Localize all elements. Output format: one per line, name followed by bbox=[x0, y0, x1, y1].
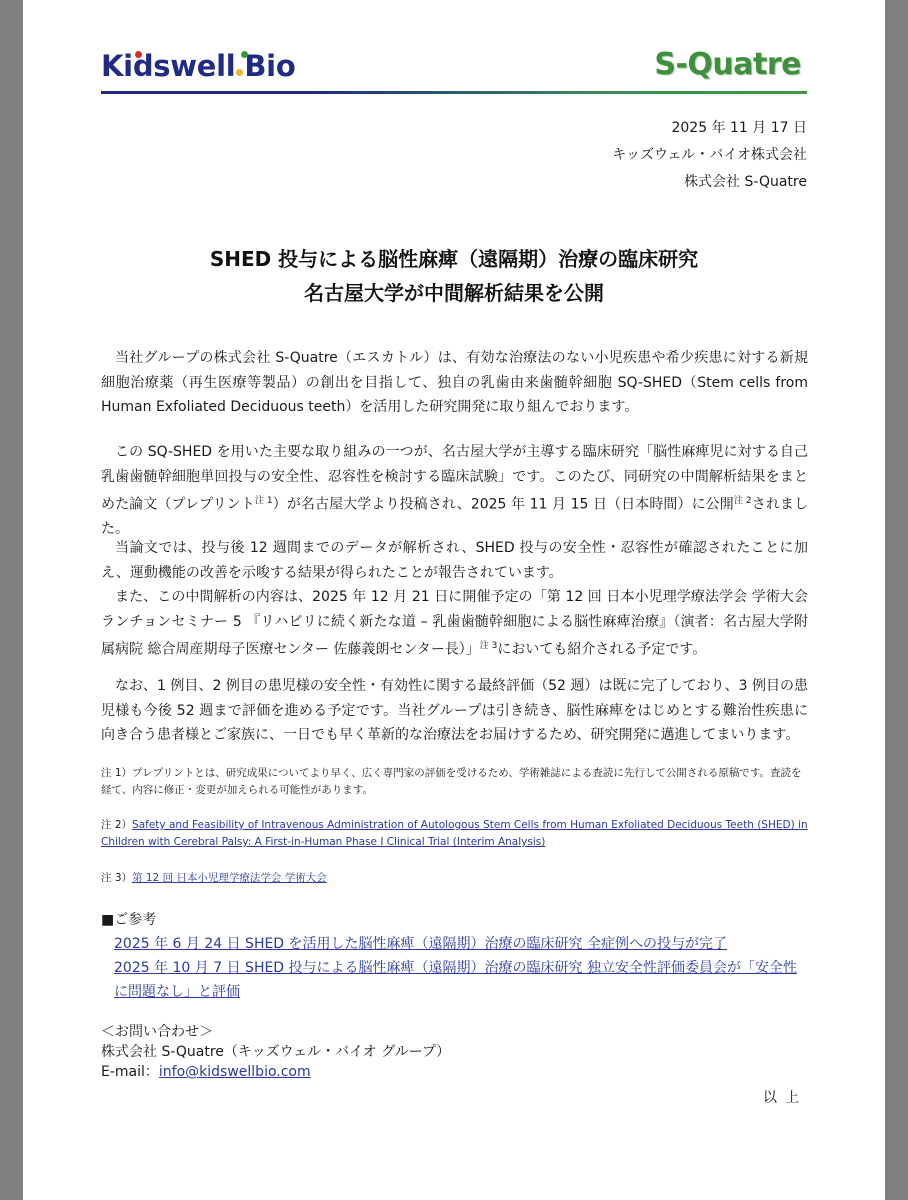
header-divider bbox=[101, 91, 807, 94]
footnote-ref-1: 注 1 bbox=[255, 496, 273, 506]
footnote-3-label: 注 3） bbox=[101, 872, 132, 884]
s-quatre-logo: S-Quatre bbox=[654, 44, 801, 86]
paragraph-2-text: この SQ-SHED を用いた主要な取り組みの一つが、名古屋大学が主導する臨床研… bbox=[101, 440, 808, 542]
logo-red-dot-icon bbox=[135, 51, 142, 58]
reference-section: ■ご参考 2025 年 6 月 24 日 SHED を活用した脳性麻痺（遠隔期）… bbox=[101, 908, 808, 1004]
reference-heading: ■ご参考 bbox=[101, 908, 808, 932]
paragraph-5: なお、1 例目、2 例目の患児様の安全性・有効性に関する最終評価（52 週）は既… bbox=[101, 674, 808, 748]
email-link[interactable]: info@kidswellbio.com bbox=[159, 1064, 311, 1080]
paragraph-3-text: 当論文では、投与後 12 週間までのデータが解析され、SHED 投与の安全性・忍… bbox=[101, 536, 808, 585]
reference-link-1[interactable]: 2025 年 6 月 24 日 SHED を活用した脳性麻痺（遠隔期）治療の臨床… bbox=[114, 936, 727, 952]
email-label: E-mail： bbox=[101, 1064, 159, 1080]
closing-mark: 以上 bbox=[763, 1087, 807, 1107]
reference-link-2[interactable]: 2025 年 10 月 7 日 SHED 投与による脳性麻痺（遠隔期）治療の臨床… bbox=[114, 960, 797, 1000]
release-date: 2025 年 11 月 17 日 bbox=[612, 115, 807, 142]
footnote-ref-3: 注 3 bbox=[480, 641, 498, 651]
p2-part-b: ）が名古屋大学より投稿され、2025 年 11 月 15 日（日本時間）に公開 bbox=[273, 497, 734, 513]
footnote-2: 注 2）Safety and Feasibility of Intravenou… bbox=[101, 817, 808, 851]
footnote-1-label: 注 1） bbox=[101, 767, 132, 779]
title-line-2: 名古屋大学が中間解析結果を公開 bbox=[23, 276, 885, 310]
p4-part-b: においても紹介される予定です。 bbox=[497, 642, 706, 658]
footnote-1-text: プレプリントとは、研究成果についてより早く、広く専門家の評価を受けるため、学術雑… bbox=[101, 767, 802, 796]
footnote-3: 注 3）第 12 回 日本小児理学療法学会 学術大会 bbox=[101, 870, 808, 887]
paragraph-2: この SQ-SHED を用いた主要な取り組みの一つが、名古屋大学が主導する臨床研… bbox=[101, 440, 808, 542]
kidswell-bio-logo: KidswellBio bbox=[101, 46, 295, 86]
reference-list: 2025 年 6 月 24 日 SHED を活用した脳性麻痺（遠隔期）治療の臨床… bbox=[101, 932, 808, 1004]
paragraph-1: 当社グループの株式会社 S-Quatre（エスカトル）は、有効な治療法のない小児… bbox=[101, 346, 808, 420]
footnote-ref-2: 注 2 bbox=[734, 496, 752, 506]
paragraph-4-text: また、この中間解析の内容は、2025 年 12 月 21 日に開催予定の「第 1… bbox=[101, 585, 808, 662]
logo-text-kidswell: Kidswell bbox=[101, 49, 235, 83]
contact-email-row: E-mail：info@kidswellbio.com bbox=[101, 1062, 450, 1082]
header: KidswellBio S-Quatre bbox=[101, 44, 807, 94]
logo-text-bio: Bio bbox=[244, 49, 295, 83]
contact-section: ＜お問い合わせ＞ 株式会社 S-Quatre（キッズウェル・バイオ グループ） … bbox=[101, 1022, 450, 1082]
issuer-company-2: 株式会社 S-Quatre bbox=[612, 169, 807, 196]
logo-yellow-dot-icon bbox=[236, 69, 243, 76]
contact-company: 株式会社 S-Quatre（キッズウェル・バイオ グループ） bbox=[101, 1042, 450, 1062]
document-page: KidswellBio S-Quatre 2025 年 11 月 17 日 キッ… bbox=[23, 0, 885, 1200]
paragraph-3: 当論文では、投与後 12 週間までのデータが解析され、SHED 投与の安全性・忍… bbox=[101, 536, 808, 662]
logo-green-dot-icon bbox=[241, 51, 248, 58]
footnote-2-label: 注 2） bbox=[101, 819, 132, 831]
paper-link[interactable]: Safety and Feasibility of Intravenous Ad… bbox=[101, 819, 808, 848]
release-meta: 2025 年 11 月 17 日 キッズウェル・バイオ株式会社 株式会社 S-Q… bbox=[612, 115, 807, 196]
paragraph-5-text: なお、1 例目、2 例目の患児様の安全性・有効性に関する最終評価（52 週）は既… bbox=[101, 674, 808, 748]
conference-link[interactable]: 第 12 回 日本小児理学療法学会 学術大会 bbox=[132, 872, 327, 884]
page-title: SHED 投与による脳性麻痺（遠隔期）治療の臨床研究 名古屋大学が中間解析結果を… bbox=[23, 242, 885, 310]
footnote-1: 注 1）プレプリントとは、研究成果についてより早く、広く専門家の評価を受けるため… bbox=[101, 765, 808, 799]
title-line-1: SHED 投与による脳性麻痺（遠隔期）治療の臨床研究 bbox=[23, 242, 885, 276]
contact-heading: ＜お問い合わせ＞ bbox=[101, 1022, 450, 1042]
paragraph-1-text: 当社グループの株式会社 S-Quatre（エスカトル）は、有効な治療法のない小児… bbox=[101, 346, 808, 420]
issuer-company-1: キッズウェル・バイオ株式会社 bbox=[612, 142, 807, 169]
